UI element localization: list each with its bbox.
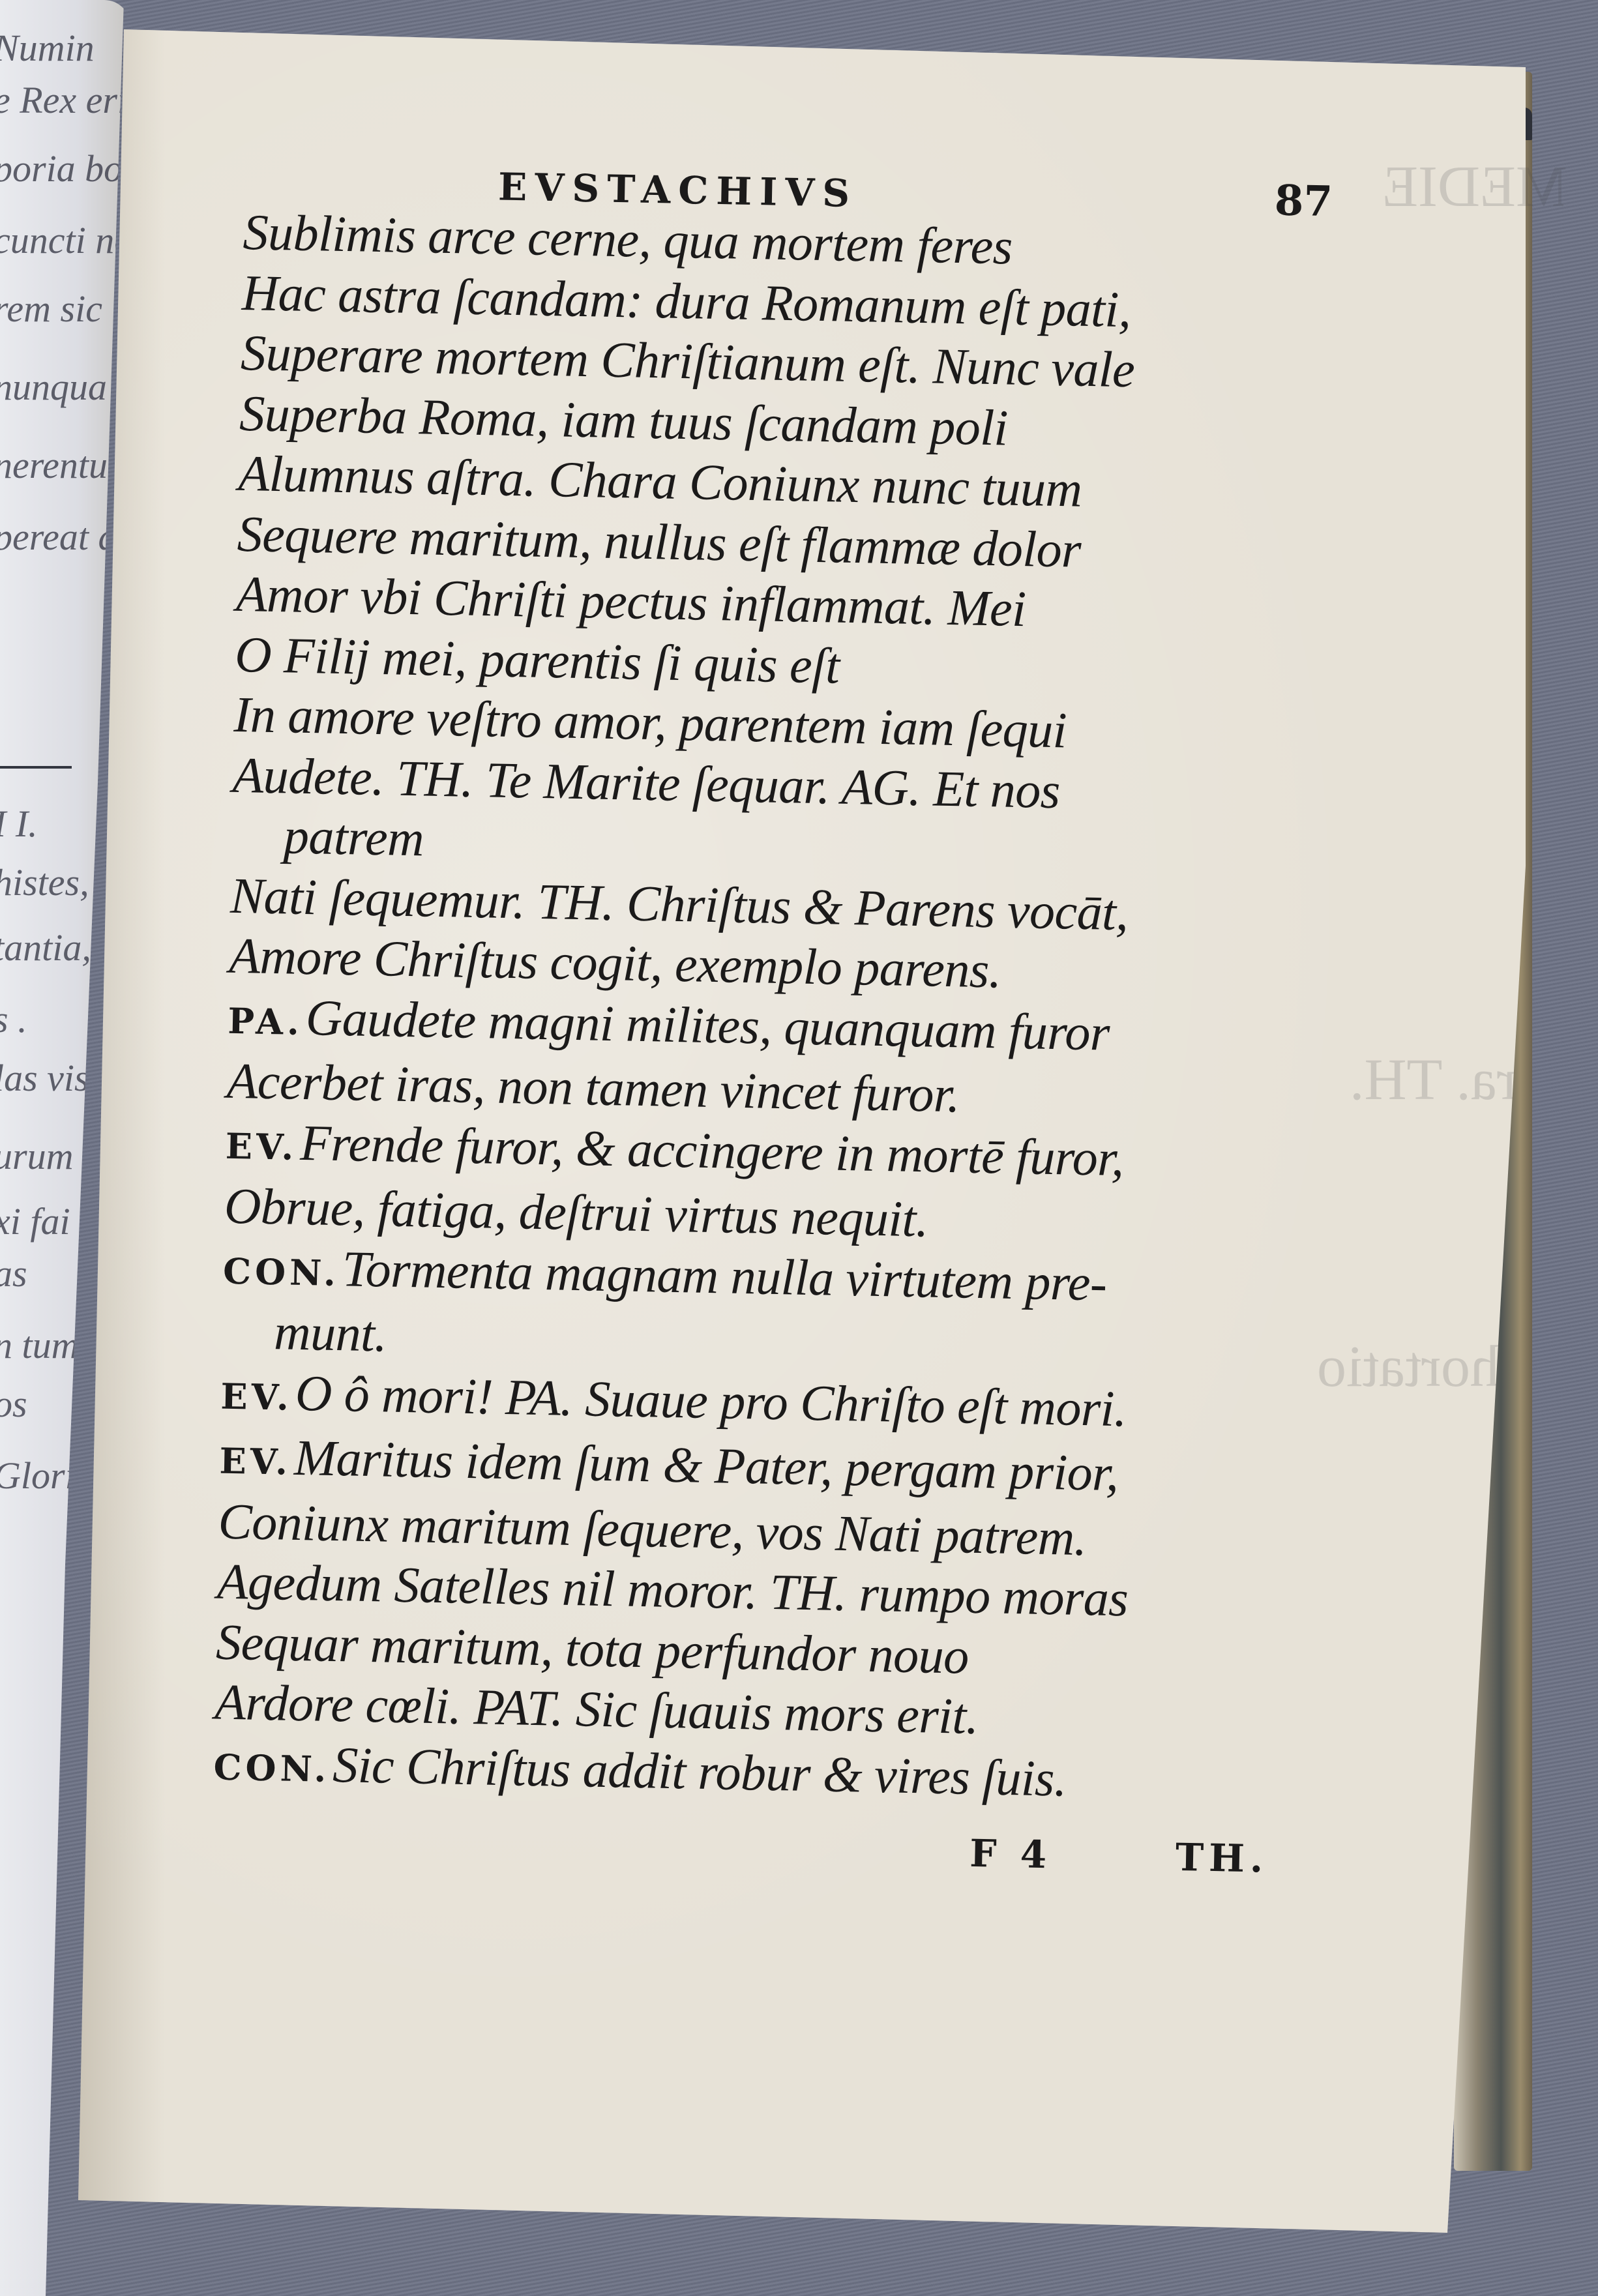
verse-text: Sic Chriſtus addit robur & vires ſuis. (333, 1736, 1067, 1807)
speaker-label: CON. (223, 1250, 340, 1293)
catchword: TH. (1175, 1835, 1268, 1881)
verse-text: Amore Chriſtus cogit, exemplo parens. (229, 927, 1002, 999)
speaker-label: CON. (213, 1746, 331, 1789)
show-through-text: Adhortatio (1317, 1333, 1571, 1400)
speaker-label: EV. (220, 1375, 293, 1418)
facing-page-text: as (0, 1252, 27, 1295)
facing-page-text: s . (0, 997, 27, 1041)
facing-page-text: histes, (0, 861, 89, 904)
verse-text: munt. (274, 1303, 388, 1362)
verse-text: Ardore cœli. PAT. Sic ſuauis mors erit. (215, 1673, 979, 1744)
facing-page-text: rem sic bi (0, 287, 130, 331)
signature-mark: F 4 (969, 1831, 1052, 1877)
facing-page-text: poria bon (0, 147, 130, 190)
verse-text: Acerbet iras, non tamen vincet furor. (226, 1052, 960, 1123)
facing-page-text: tantia, (0, 926, 91, 969)
verse-text: Obrue, fatiga, deſtrui virtus nequit. (224, 1177, 928, 1248)
facing-page-text: n tum (0, 1323, 79, 1367)
facing-page-rule (0, 766, 72, 769)
facing-page-text: xi fai (0, 1200, 70, 1243)
facing-page-text: pereat di (0, 515, 128, 559)
speaker-label: EV. (225, 1125, 298, 1168)
facing-page-text: las vis (0, 1056, 89, 1100)
facing-page-text: e Rex eri (0, 78, 128, 122)
verse-text: Sequar maritum, tota perfundor nouo (215, 1613, 969, 1684)
page-footer: F 4 TH. (212, 1817, 1321, 1883)
verse-lines: Sublimis arce cerne, qua mortem feresHac… (213, 202, 1352, 1818)
speaker-label: PA. (228, 999, 304, 1042)
text-block: EVSTACHIVS 87 Sublimis arce cerne, qua m… (212, 156, 1353, 1882)
verse-text: O Filij mei, parentis ſi quis eſt (235, 625, 840, 694)
show-through-text: NICOMEDIE (1382, 153, 1598, 220)
facing-page-text: nerentur (0, 443, 123, 487)
facing-page-text: nunqua (0, 365, 107, 409)
facing-page-text: Numin (0, 26, 95, 70)
book-page: NICOMEDIE Pra. TH. Adhortatio EVSTACHIVS… (78, 29, 1526, 2233)
facing-page-text: cuncti no (0, 218, 130, 262)
facing-page-text: urum fi (0, 1134, 104, 1178)
verse-text: patrem (283, 807, 424, 866)
speaker-label: EV. (219, 1440, 292, 1483)
facing-page-text: I I. (0, 802, 38, 846)
verse-text: Tormenta magnam nulla virtutem pre- (342, 1240, 1107, 1311)
facing-page-text: os (0, 1382, 27, 1426)
page-number: 87 (1274, 176, 1333, 226)
facing-page-text: Glori (0, 1454, 76, 1497)
verse-text: Sublimis arce cerne, qua mortem feres (243, 203, 1013, 275)
